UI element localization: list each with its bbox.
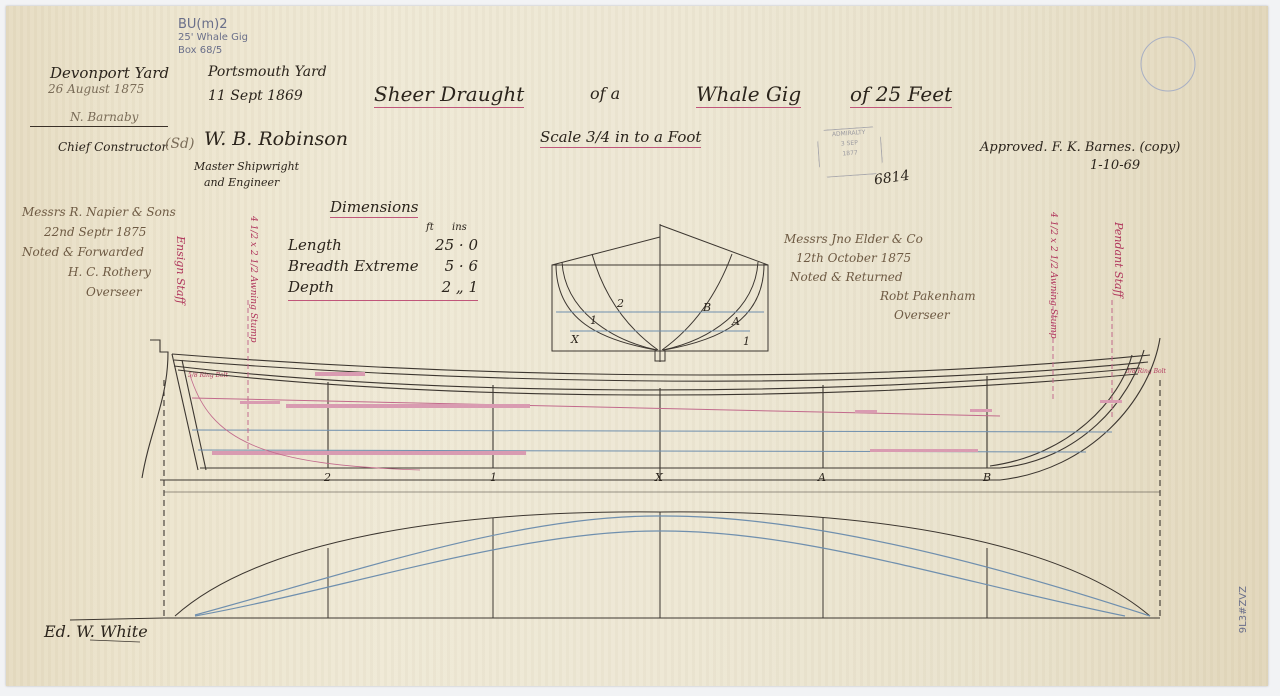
station-labels: 2 1 X A B (323, 471, 991, 484)
station-label: A (817, 471, 826, 484)
sheer-profile (142, 338, 1160, 620)
waterline-plan (195, 516, 1150, 616)
station-label: 1 (590, 314, 597, 327)
station-label: 1 (743, 335, 750, 348)
body-plan (552, 224, 768, 362)
pencil-circle-mark (1141, 37, 1195, 91)
station-label: A (731, 315, 740, 328)
side-reference-number: 9L3#ZVZ (1238, 586, 1249, 633)
half-breadth-plan (164, 492, 1160, 618)
station-label: X (570, 333, 580, 346)
station-label: 2 (616, 297, 624, 310)
station-label: X (654, 471, 664, 484)
hull-drawings: 2 1 X B A 1 (0, 0, 1280, 696)
station-label: B (982, 471, 991, 484)
bottom-signature: Ed. W. White (44, 622, 148, 641)
station-label: B (702, 301, 711, 314)
station-label: 2 (323, 471, 331, 484)
station-label: 1 (490, 471, 497, 484)
waterlines (192, 430, 1112, 452)
